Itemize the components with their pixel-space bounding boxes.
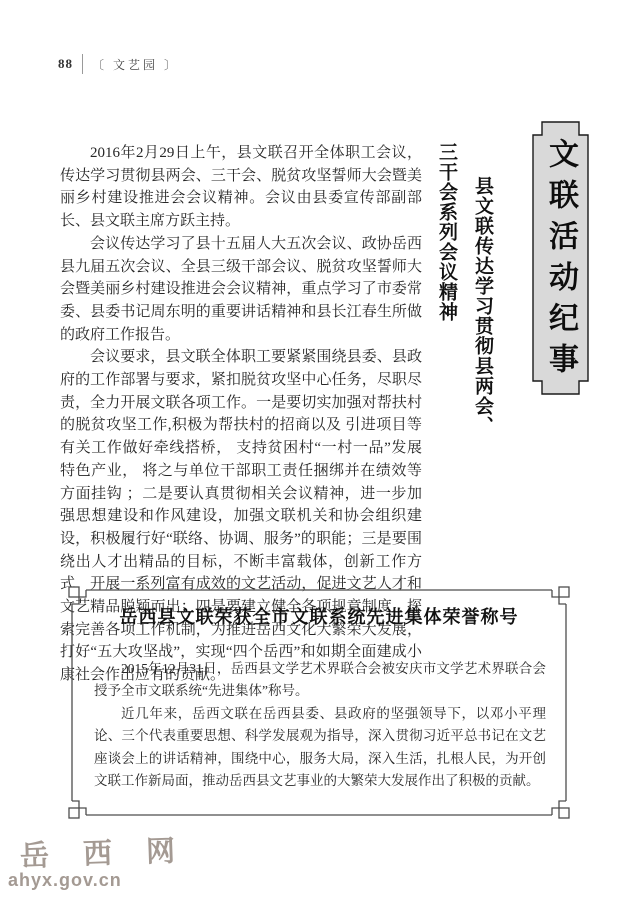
article-title-column-right: 县文联传达学习贯彻县两会、 (469, 176, 496, 562)
article-paragraph: 会议传达学习了县十五届人大五次会议、政协岳西县九届五次会议、全县三级干部会议、脱… (60, 233, 422, 347)
award-paragraph: 2015年12月31日，岳西县文学艺术界联合会被安庆市文学艺术界联合会授予全市文… (94, 658, 546, 703)
award-box-title: 岳西县文联荣获全市文联系统先进集体荣誉称号 (80, 603, 558, 629)
magazine-page: 88 〔 文艺园 〕 2016年2月29日上午，县文联召开全体职工会议，传达学习… (0, 0, 636, 900)
vertical-article-title: 县文联传达学习贯彻县两会、 三干会系列会议精神 (433, 142, 496, 562)
section-label: 〔 文艺园 〕 (92, 56, 179, 73)
running-head: 88 〔 文艺园 〕 (58, 54, 179, 74)
award-paragraph: 近几年来，岳西文联在岳西县委、县政府的坚强领导下，以邓小平理论、三个代表重要思想… (94, 703, 546, 793)
watermark-site-url: ahyx.gov.cn (8, 871, 188, 889)
site-watermark: 岳 西 网 ahyx.gov.cn (8, 840, 188, 889)
page-number: 88 (58, 56, 73, 72)
award-box-body: 2015年12月31日，岳西县文学艺术界联合会被安庆市文学艺术界联合会授予全市文… (94, 658, 546, 792)
article-title-column-left: 三干会系列会议精神 (433, 142, 460, 562)
article-paragraph: 2016年2月29日上午，县文联召开全体职工会议，传达学习贯彻县两会、三干会、脱… (60, 142, 422, 233)
header-divider (82, 54, 83, 74)
award-box: 岳西县文联荣获全市文联系统先进集体荣誉称号 2015年12月31日，岳西县文学艺… (60, 578, 578, 827)
section-banner: 文联活动纪事 (532, 121, 589, 395)
banner-label: 文联活动纪事 (532, 138, 589, 384)
watermark-site-name: 岳 西 网 (20, 837, 189, 872)
